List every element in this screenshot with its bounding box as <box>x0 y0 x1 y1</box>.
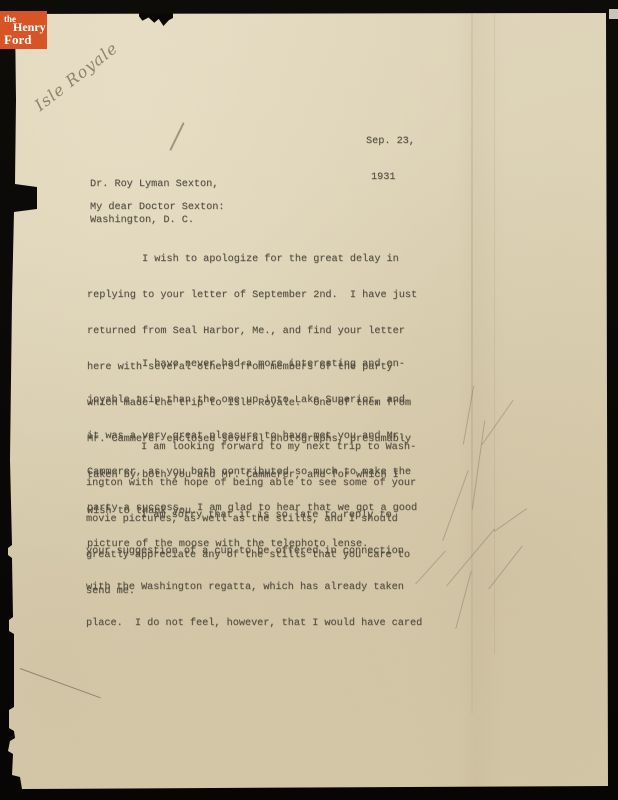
letter-date: Sep. 23, 1931 <box>366 112 415 196</box>
letter-line: replying to your letter of September 2nd… <box>87 290 417 302</box>
letter-line: joyable trip than the one up into Lake S… <box>87 395 417 407</box>
letter-line: I am sorry that it is so late to reply t… <box>86 510 422 522</box>
letter-date-line2: 1931 <box>371 172 415 184</box>
scanned-letter-view: { "logo": { "word1": "the", "word2": "He… <box>0 0 618 800</box>
paper-fold-line <box>471 14 473 714</box>
letter-line: I wish to apologize for the great delay … <box>87 254 417 266</box>
letter-line: I am looking forward to my next trip to … <box>86 442 416 454</box>
letter-line: I have never had a more interesting and … <box>87 359 417 371</box>
letter-date-line1: Sep. 23, <box>366 136 415 148</box>
letter-paragraph: I am sorry that it is so late to reply t… <box>86 486 422 642</box>
henry-ford-logo: the Henry Ford <box>0 11 47 49</box>
recipient-city: Washington, D. C. <box>90 215 218 227</box>
letter-line: your suggestion of a cup to be offered i… <box>86 546 422 558</box>
letter-line: with the Washington regatta, which has a… <box>86 582 422 594</box>
scan-artifact <box>609 9 618 19</box>
recipient-address: Dr. Roy Lyman Sexton, Washington, D. C. <box>90 155 218 239</box>
recipient-name: Dr. Roy Lyman Sexton, <box>90 179 218 191</box>
logo-word-ford: Ford <box>4 33 31 46</box>
letter-line: place. I do not feel, however, that I wo… <box>86 618 422 630</box>
letter-salutation: My dear Doctor Sexton: <box>90 202 225 214</box>
paper-fold-line <box>494 14 495 654</box>
